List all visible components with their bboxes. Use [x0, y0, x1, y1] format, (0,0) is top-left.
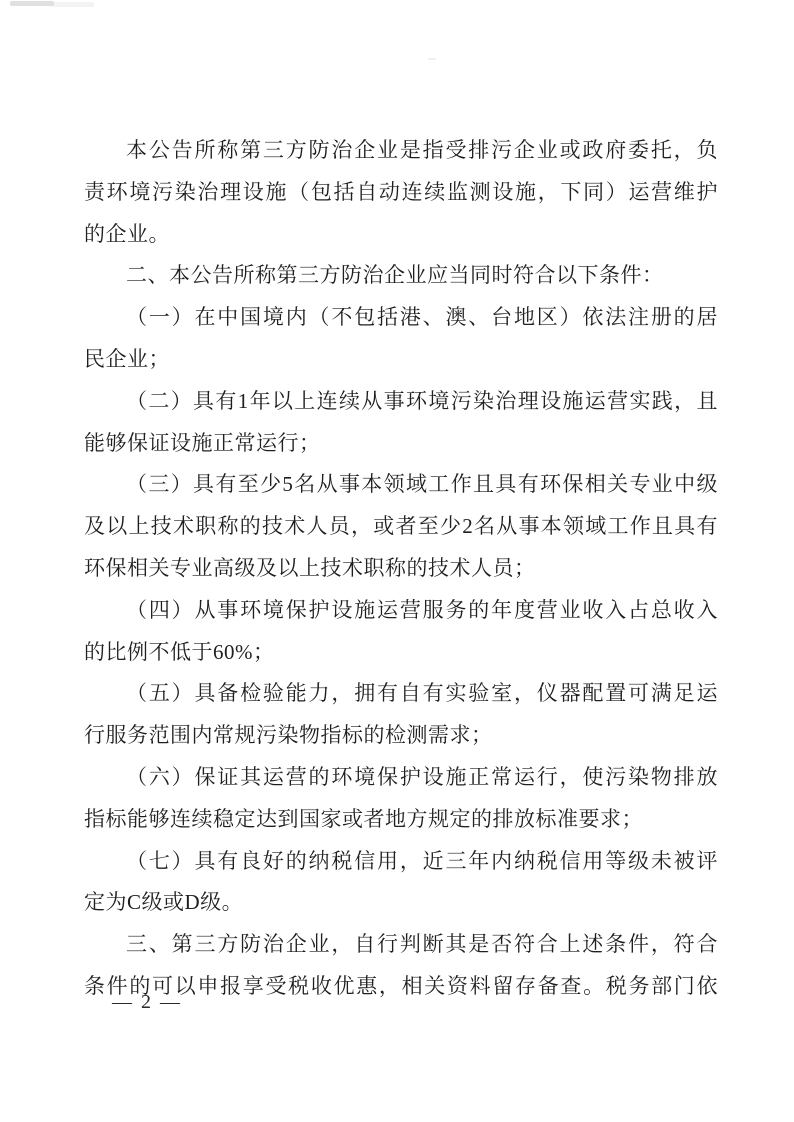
text-line: 责环境污染治理设施（包括自动连续监测设施，下同）运营维护: [84, 172, 718, 214]
paragraph: （一）在中国境内（不包括港、澳、台地区）依法注册的居民企业；: [84, 297, 718, 381]
text-line: 定为C级或D级。: [84, 882, 718, 924]
text-line: 的企业。: [84, 214, 718, 256]
document-page: 本公告所称第三方防治企业是指受排污企业或政府委托，负责环境污染治理设施（包括自动…: [0, 0, 794, 1122]
paragraph: （七）具有良好的纳税信用，近三年内纳税信用等级未被评定为C级或D级。: [84, 841, 718, 925]
text-line: 的比例不低于60%；: [84, 632, 718, 674]
paragraph: 本公告所称第三方防治企业是指受排污企业或政府委托，负责环境污染治理设施（包括自动…: [84, 130, 718, 255]
text-line: 能够保证设施正常运行；: [84, 423, 718, 465]
text-line: （二）具有1年以上连续从事环境污染治理设施运营实践，且: [84, 381, 718, 423]
paragraph: （四）从事环境保护设施运营服务的年度营业收入占总收入的比例不低于60%；: [84, 590, 718, 674]
text-line: 及以上技术职称的技术人员，或者至少2名从事本领域工作且具有: [84, 506, 718, 548]
text-line: （三）具有至少5名从事本领域工作且具有环保相关专业中级: [84, 464, 718, 506]
scan-speck-artifact: [428, 58, 436, 60]
paragraph: 二、本公告所称第三方防治企业应当同时符合以下条件：: [84, 255, 718, 297]
paragraph: （三）具有至少5名从事本领域工作且具有环保相关专业中级及以上技术职称的技术人员，…: [84, 464, 718, 589]
page-number: — 2 —: [112, 991, 182, 1014]
text-line: （六）保证其运营的环境保护设施正常运行，使污染物排放: [84, 757, 718, 799]
text-line: 民企业；: [84, 339, 718, 381]
text-line: 指标能够连续稳定达到国家或者地方规定的排放标准要求；: [84, 799, 718, 841]
text-line: （四）从事环境保护设施运营服务的年度营业收入占总收入: [84, 590, 718, 632]
text-line: （五）具备检验能力，拥有自有实验室，仪器配置可满足运: [84, 673, 718, 715]
paragraph: （六）保证其运营的环境保护设施正常运行，使污染物排放指标能够连续稳定达到国家或者…: [84, 757, 718, 841]
paragraph: （五）具备检验能力，拥有自有实验室，仪器配置可满足运行服务范围内常规污染物指标的…: [84, 673, 718, 757]
text-line: 环保相关专业高级及以上技术职称的技术人员；: [84, 548, 718, 590]
text-line: 行服务范围内常规污染物指标的检测需求；: [84, 715, 718, 757]
text-line: 二、本公告所称第三方防治企业应当同时符合以下条件：: [84, 255, 718, 297]
document-body: 本公告所称第三方防治企业是指受排污企业或政府委托，负责环境污染治理设施（包括自动…: [84, 130, 718, 1008]
paragraph: （二）具有1年以上连续从事环境污染治理设施运营实践，且能够保证设施正常运行；: [84, 381, 718, 465]
text-line: 三、第三方防治企业，自行判断其是否符合上述条件，符合: [84, 924, 718, 966]
text-line: （一）在中国境内（不包括港、澳、台地区）依法注册的居: [84, 297, 718, 339]
scan-smudge-artifact: [10, 1, 54, 6]
text-line: （七）具有良好的纳税信用，近三年内纳税信用等级未被评: [84, 841, 718, 883]
text-line: 本公告所称第三方防治企业是指受排污企业或政府委托，负: [84, 130, 718, 172]
